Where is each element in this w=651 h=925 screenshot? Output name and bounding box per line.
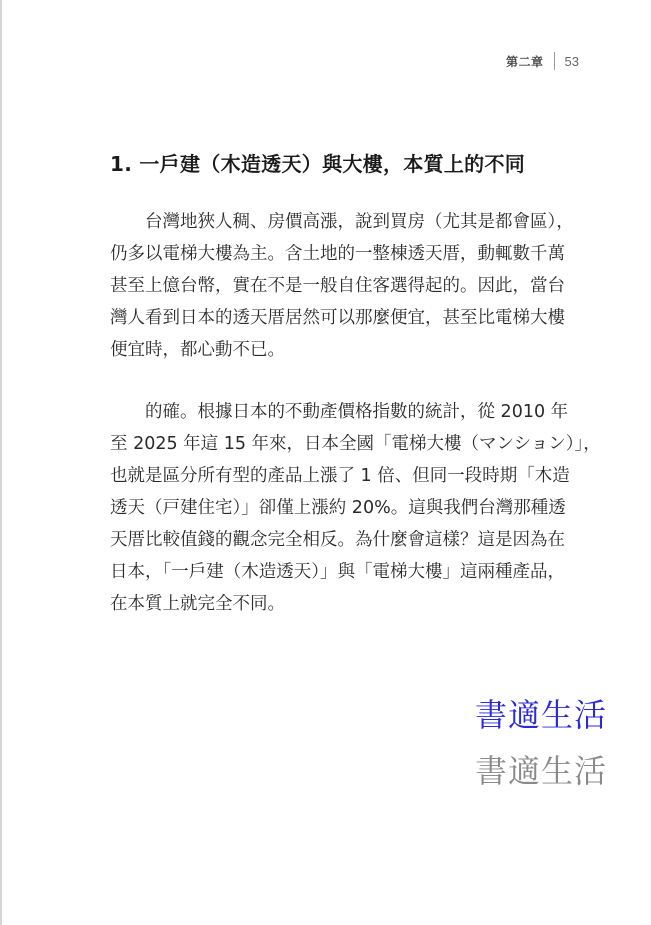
paragraph-line: 便宜時，都心動不已。 <box>110 334 570 366</box>
page-number: 53 <box>565 54 579 69</box>
paragraph-line: 台灣地狹人稠、房價高漲，說到買房（尤其是都會區）， <box>110 206 570 238</box>
chapter-label: 第二章 <box>506 53 544 70</box>
paragraph-line: 也就是區分所有型的產品上漲了 1 倍、但同一段時期「木造 <box>110 460 570 492</box>
paragraph-line: 至 2025 年這 15 年來，日本全國「電梯大樓（マンション）」， <box>110 428 570 460</box>
watermark-text-blue: 書適生活 <box>475 690 607 736</box>
paragraph-line: 灣人看到日本的透天厝居然可以那麼便宜，甚至比電梯大樓 <box>110 302 570 334</box>
page-edge-border <box>0 0 2 925</box>
paragraph-1: 台灣地狹人稠、房價高漲，說到買房（尤其是都會區）， 仍多以電梯大樓為主。含土地的… <box>110 206 570 366</box>
paragraph-line: 天厝比較值錢的觀念完全相反。為什麼會這樣？這是因為在 <box>110 524 570 556</box>
section-title: 1. 一戶建（木造透天）與大樓，本質上的不同 <box>110 148 525 177</box>
paragraph-line: 的確。根據日本的不動產價格指數的統計，從 2010 年 <box>110 396 570 428</box>
watermark-text-gray: 書適生活 <box>475 746 607 792</box>
paragraph-line: 透天（戸建住宅）」卻僅上漲約 20%。這與我們台灣那種透 <box>110 492 570 524</box>
paragraph-line: 日本，「一戶建（木造透天）」與「電梯大樓」這兩種產品， <box>110 556 570 588</box>
paragraph-line: 甚至上億台幣，實在不是一般自住客選得起的。因此，當台 <box>110 270 570 302</box>
paragraph-line: 仍多以電梯大樓為主。含土地的一整棟透天厝，動輒數千萬 <box>110 238 570 270</box>
paragraph-2: 的確。根據日本的不動產價格指數的統計，從 2010 年 至 2025 年這 15… <box>110 396 570 620</box>
header-separator <box>554 52 555 70</box>
running-header: 第二章 53 <box>506 52 579 70</box>
paragraph-line: 在本質上就完全不同。 <box>110 588 570 620</box>
